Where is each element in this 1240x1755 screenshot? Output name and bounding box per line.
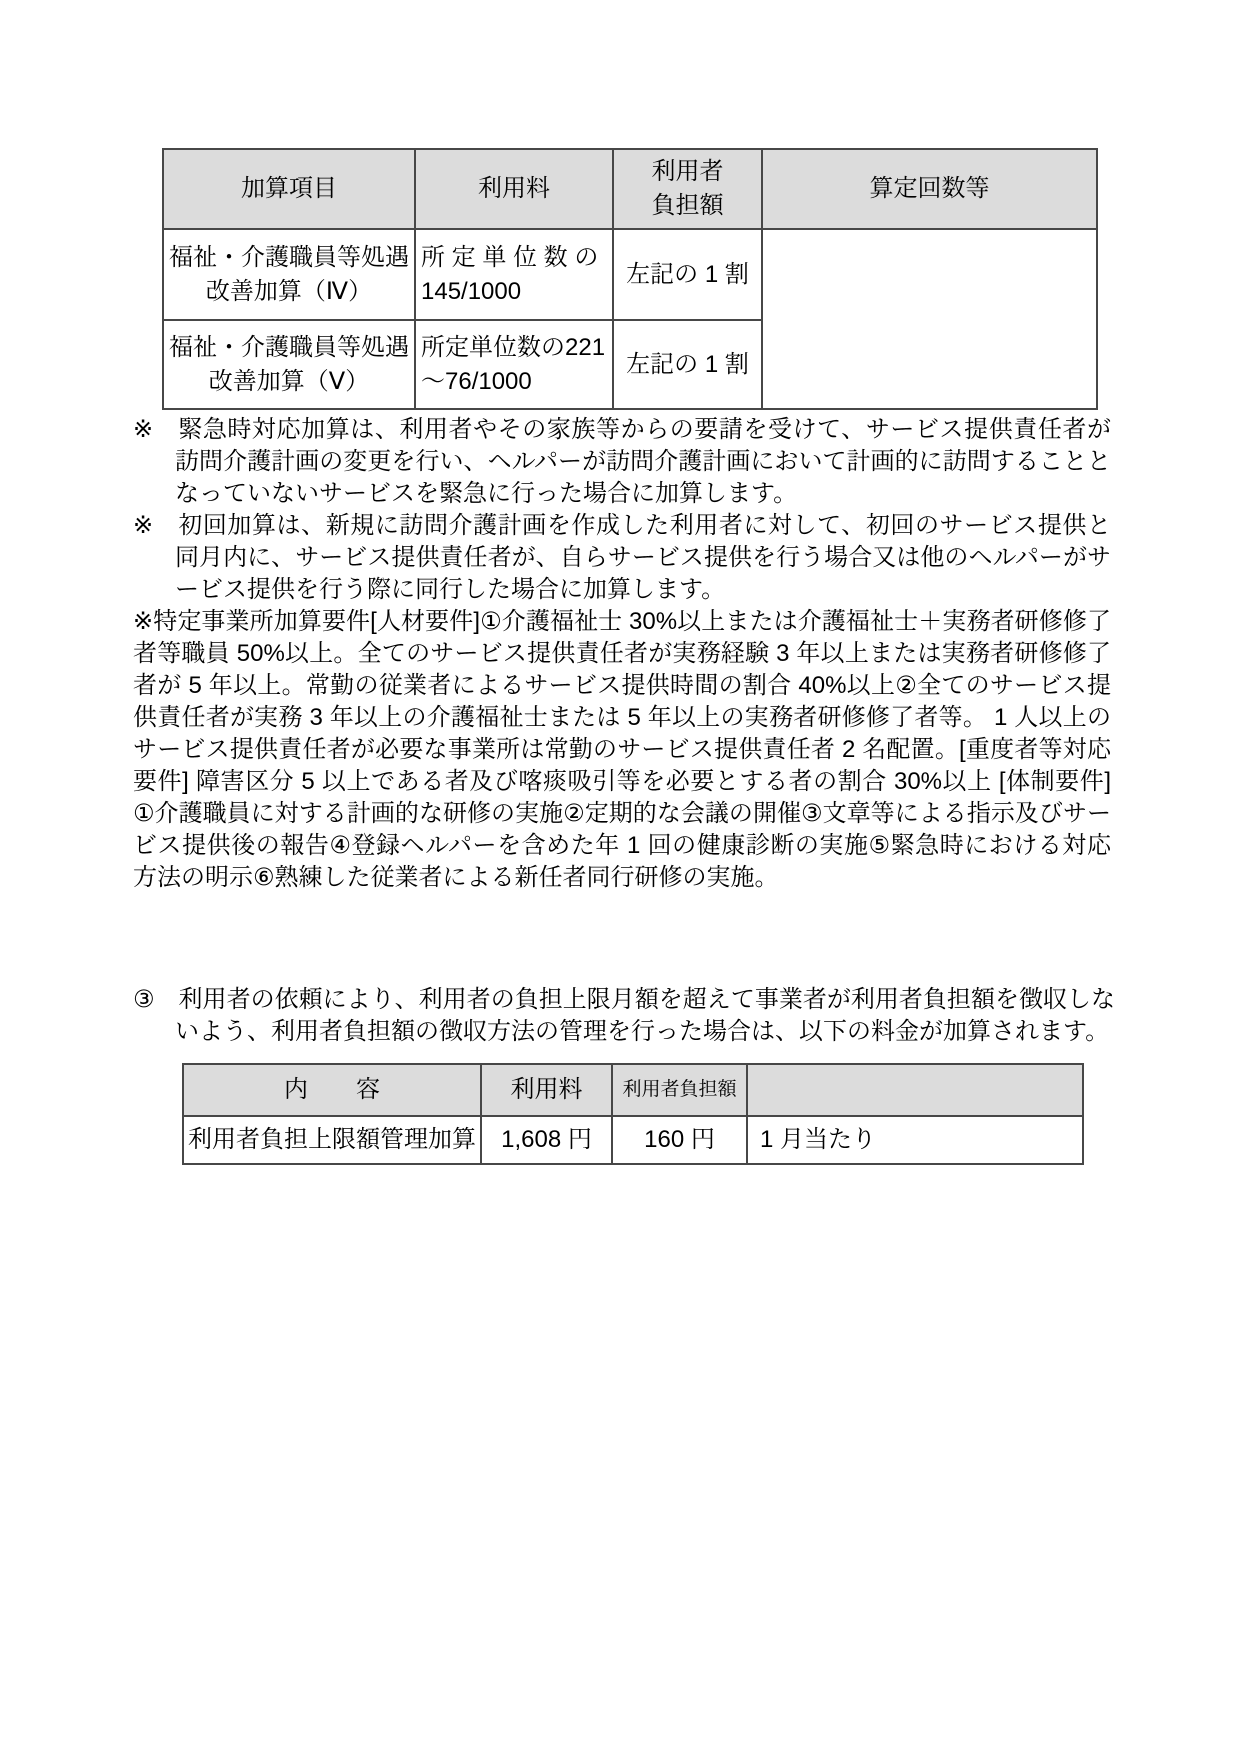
notes-block: ※ 緊急時対応加算は、利用者やその家族等からの要請を受けて、サービス提供責任者が…: [133, 414, 1111, 894]
surcharge-table: 加算項目 利用料 利用者 負担額 算定回数等 福祉・介護職員等処遇 改善加算（Ⅳ…: [162, 148, 1098, 410]
note-first-visit: ※ 初回加算は、新規に訪問介護計画を作成した利用者に対して、初回のサービス提供と…: [133, 510, 1111, 606]
table-row: 利用者負担上限額管理加算 1,608 円 160 円 1 月当たり: [183, 1116, 1083, 1164]
cell-content: 利用者負担上限額管理加算: [183, 1116, 481, 1164]
cell-item: 福祉・介護職員等処遇 改善加算（Ⅳ）: [163, 229, 415, 320]
cell-calc-count: [762, 229, 1097, 409]
section-3-text: ③ 利用者の依頼により、利用者の負担上限月額を超えて事業者が利用者負担額を徴収し…: [133, 984, 1115, 1048]
cap-management-table: 内 容 利用料 利用者負担額 利用者負担上限額管理加算 1,608 円 160 …: [182, 1063, 1084, 1165]
cell-fee: 所 定 単 位 数 の 145/1000: [415, 229, 613, 320]
table-row: 福祉・介護職員等処遇 改善加算（Ⅳ） 所 定 単 位 数 の 145/1000 …: [163, 229, 1097, 320]
header-item: 加算項目: [163, 149, 415, 229]
document-page: 加算項目 利用料 利用者 負担額 算定回数等 福祉・介護職員等処遇 改善加算（Ⅳ…: [0, 0, 1240, 1755]
cell-fee: 1,608 円: [481, 1116, 612, 1164]
header-note: [747, 1064, 1083, 1116]
header-fee: 利用料: [415, 149, 613, 229]
note-emergency: ※ 緊急時対応加算は、利用者やその家族等からの要請を受けて、サービス提供責任者が…: [133, 414, 1111, 510]
table-header-row: 加算項目 利用料 利用者 負担額 算定回数等: [163, 149, 1097, 229]
section-3: ③ 利用者の依頼により、利用者の負担上限月額を超えて事業者が利用者負担額を徴収し…: [133, 984, 1115, 1048]
cell-user-burden: 左記の 1 割: [613, 229, 762, 320]
cell-fee: 所定単位数の221 ～76/1000: [415, 320, 613, 409]
table-header-row: 内 容 利用料 利用者負担額: [183, 1064, 1083, 1116]
header-calc-count: 算定回数等: [762, 149, 1097, 229]
cell-user-burden: 左記の 1 割: [613, 320, 762, 409]
header-fee: 利用料: [481, 1064, 612, 1116]
cell-item: 福祉・介護職員等処遇 改善加算（Ⅴ）: [163, 320, 415, 409]
cell-user-burden: 160 円: [612, 1116, 747, 1164]
header-user-burden: 利用者負担額: [612, 1064, 747, 1116]
cell-note: 1 月当たり: [747, 1116, 1083, 1164]
header-content: 内 容: [183, 1064, 481, 1116]
note-designated-office: ※特定事業所加算要件[人材要件]①介護福祉士 30%以上または介護福祉士＋実務者…: [133, 606, 1111, 894]
header-user-burden: 利用者 負担額: [613, 149, 762, 229]
